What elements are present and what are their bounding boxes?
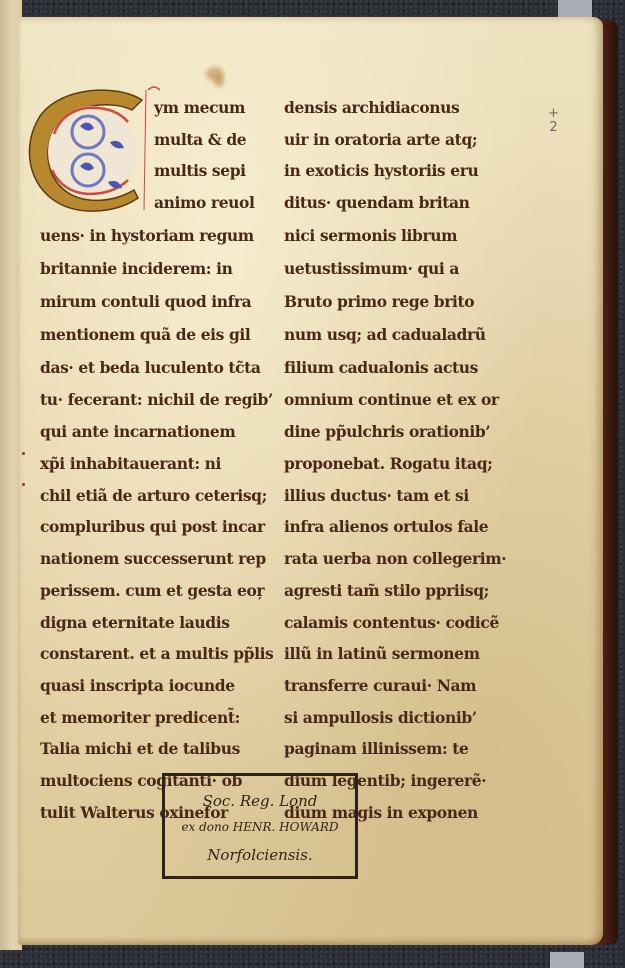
text-line: filium cadualonis actus (284, 358, 478, 377)
decorated-initial-c-icon (22, 86, 160, 214)
text-line: et memoriter predicent̃: (40, 708, 240, 727)
text-line: num usq; ad cadualadrũ (284, 325, 486, 344)
folio-mark: + (548, 107, 559, 121)
text-line: rata uerba non collegerim· (284, 549, 506, 568)
text-line: das· et beda luculento tc̃ta (40, 358, 261, 377)
text-line: compluribus qui post incar (40, 517, 265, 536)
text-line: illius ductus· tam et si (284, 486, 469, 505)
text-line: qui ante incarnationem (40, 422, 235, 441)
margin-mark (22, 452, 25, 455)
text-line: agresti tam̃ stilo ppriisq; (284, 581, 489, 600)
stamp-line-2: ex dono HENR. HOWARD (165, 820, 355, 834)
text-line: Talia michi et de talibus (40, 739, 240, 758)
stamp-line-1: Soc. Reg. Lond (165, 792, 355, 810)
text-line: infra alienos ortulos fale (284, 517, 488, 536)
text-line: illũ in latinũ sermonem (284, 644, 480, 663)
text-line: uetustissimum· qui a (284, 259, 459, 278)
page-clip-bottom (550, 952, 584, 968)
text-line: xp̃i inhabitauerant: ni (40, 454, 221, 473)
text-line: digna eternitate laudis (40, 613, 230, 632)
text-line: quasi inscripta iocunde (40, 676, 235, 695)
text-line: in exoticis hystoriis eru (284, 161, 478, 180)
text-line: animo reuol (154, 193, 254, 212)
text-line: uir in oratoria arte atq; (284, 130, 477, 149)
text-line: paginam illinissem: te (284, 739, 468, 758)
text-line: ditus· quendam britan (284, 193, 470, 212)
ink-stain (214, 75, 224, 87)
text-line: mirum contuli quod infra (40, 292, 251, 311)
text-line: proponebat. Rogatu itaq; (284, 454, 492, 473)
text-line: multa & de (154, 130, 246, 149)
text-line: britannie inciderem: in (40, 259, 232, 278)
text-line: nationem successerunt rep (40, 549, 266, 568)
ownership-stamp: Soc. Reg. Lond ex dono HENR. HOWARD Norf… (162, 773, 358, 879)
text-line: uens· in hystoriam regum (40, 226, 254, 245)
folio-digit: 2 (548, 121, 559, 135)
margin-mark (22, 483, 25, 486)
text-line: mentionem quã de eis gil (40, 325, 250, 344)
folio-number: + 2 (548, 107, 559, 135)
text-line: transferre curaui· Nam (284, 676, 476, 695)
text-line: tu· fecerant: nichil de regib’ (40, 390, 273, 409)
stamp-line-3: Norfolciensis. (165, 846, 355, 864)
text-line: omnium continue et ex or (284, 390, 499, 409)
text-line: ym mecum (154, 98, 245, 117)
text-line: nici sermonis librum (284, 226, 457, 245)
text-line: Bruto primo rege brito (284, 292, 474, 311)
text-line: dine pp̃ulchris orationib’ (284, 422, 490, 441)
text-line: constarent. et a multis pp̃lis (40, 644, 273, 663)
text-line: chil etiã de arturo ceterisq; (40, 486, 267, 505)
text-line: calamis contentus· codicẽ (284, 613, 499, 632)
text-line: si ampullosis dictionib’ (284, 708, 477, 727)
text-line: densis archidiaconus (284, 98, 459, 117)
text-line: perissem. cum et gesta eoŗ (40, 581, 264, 600)
text-line: multis sepi (154, 161, 246, 180)
